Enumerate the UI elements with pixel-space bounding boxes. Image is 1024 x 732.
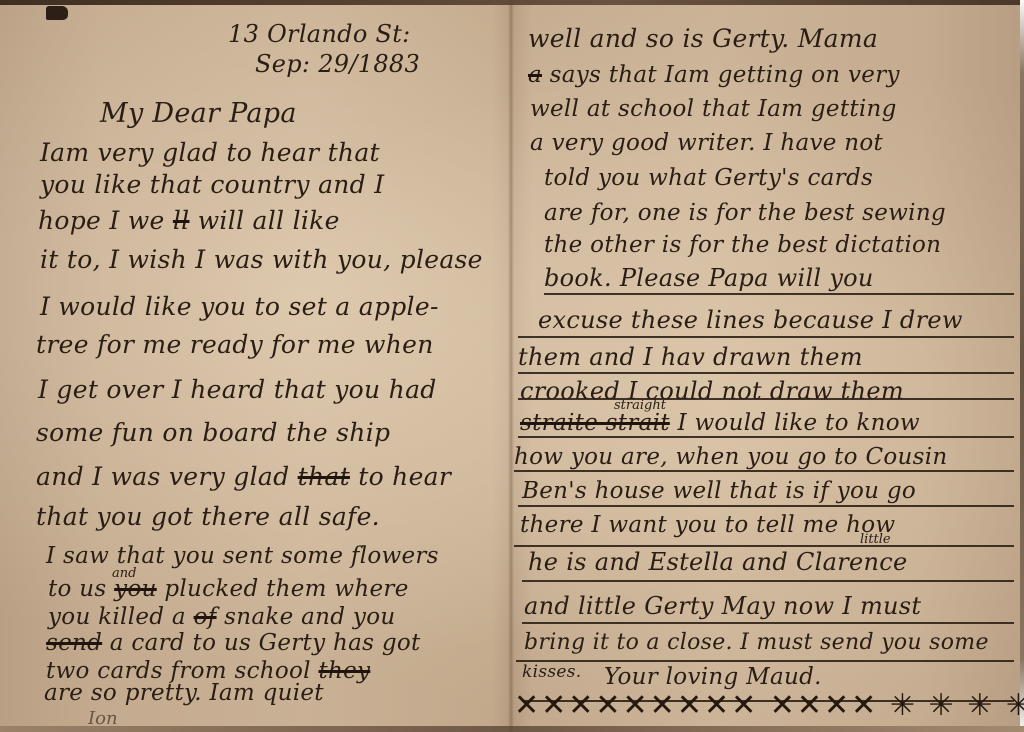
ruled-line xyxy=(514,545,1014,547)
letter-line: crooked I could not draw them xyxy=(520,377,904,405)
struck-word: you xyxy=(114,576,157,602)
struck-word: ll xyxy=(173,206,190,235)
letter-line: are for, one is for the best sewing xyxy=(544,200,946,226)
letter-line: it to, I wish I was with you, please xyxy=(40,245,483,274)
ruled-line xyxy=(518,336,1014,338)
line-text: to us xyxy=(48,576,107,602)
line-text: hope I we xyxy=(38,206,165,235)
struck-word: they xyxy=(318,658,370,684)
ruled-line xyxy=(518,398,1014,400)
ruled-line xyxy=(518,372,1014,374)
letter-line: Ben's house well that is if you go xyxy=(522,478,916,504)
line-text: he is and Estella and xyxy=(528,548,788,576)
line-text: will all like xyxy=(198,206,340,235)
letter-salutation: My Dear Papa xyxy=(100,98,297,129)
letter-line: you like that country and I xyxy=(40,170,384,199)
struck-word: send xyxy=(46,630,102,656)
letter-line: the other is for the best dictation xyxy=(544,232,941,258)
line-text: to us Gerty has got xyxy=(193,630,421,656)
letter-line: I saw that you sent some flowers xyxy=(46,543,439,569)
ruled-line xyxy=(522,622,1014,624)
left-page: 13 Orlando St: Sep: 29/1883 My Dear Papa… xyxy=(0,0,508,732)
letter-line: a very good writer. I have not xyxy=(530,130,883,156)
line-text: says that Iam getting on very xyxy=(550,62,900,88)
letter-line: are so pretty. Iam quiet xyxy=(44,680,324,706)
line-text: snake and you xyxy=(224,604,395,630)
line-text: to hear xyxy=(358,462,451,491)
letter-line: he is and Estella and Clarence xyxy=(528,548,908,576)
letter-line: to us you plucked them where xyxy=(48,576,409,602)
ruled-line xyxy=(514,470,1014,472)
struck-word: straite strait xyxy=(520,410,670,436)
line-text: plucked them where xyxy=(164,576,408,602)
letter-line: I get over I heard that you had xyxy=(38,375,437,404)
ruled-line xyxy=(522,580,1014,582)
letter-line: send a card to us Gerty has got xyxy=(46,630,421,656)
letter-line: straite strait I would like to know xyxy=(520,410,920,436)
letter-line: told you what Gerty's cards xyxy=(544,165,873,191)
letter-line: how you are, when you go to Cousin xyxy=(514,444,947,470)
line-text: a card xyxy=(110,630,185,656)
kisses-marks: ✕✕✕✕✕✕✕✕✕ ✕✕✕✕ ✳ ✳ ✳ ✳ ✳ ✳ xyxy=(514,688,1020,723)
letter-date: Sep: 29/1883 xyxy=(255,50,420,78)
ruled-line xyxy=(544,293,1014,295)
letter-line: and I was very glad that to hear xyxy=(36,462,451,491)
ruled-line xyxy=(518,436,1014,438)
paper-right-edge xyxy=(1020,0,1024,732)
letter-line: that you got there all safe. xyxy=(36,502,380,531)
letter-line: a says that Iam getting on very xyxy=(528,62,900,88)
letter-scan: 13 Orlando St: Sep: 29/1883 My Dear Papa… xyxy=(0,0,1024,732)
line-text: and I was very glad xyxy=(36,462,289,491)
letter-line: hope I we ll will all like xyxy=(38,206,340,235)
letter-address: 13 Orlando St: xyxy=(228,20,411,48)
ruled-line xyxy=(518,505,1014,507)
faint-mark: Ion xyxy=(88,708,118,729)
line-text: I would like to know xyxy=(677,410,919,436)
letter-line: book. Please Papa will you xyxy=(544,264,874,292)
letter-line: excuse these lines because I drew xyxy=(538,306,963,334)
letter-line: Iam very glad to hear that xyxy=(40,138,380,167)
letter-line: well at school that Iam getting xyxy=(530,96,897,122)
struck-word: a xyxy=(528,62,542,88)
letter-line: them and I hav drawn them xyxy=(518,343,863,371)
letter-line: well and so is Gerty. Mama xyxy=(528,24,878,53)
letter-line: kisses. xyxy=(522,662,581,682)
letter-signature: Your loving Maud. xyxy=(604,664,822,690)
letter-line: I would like you to set a apple- xyxy=(40,292,439,321)
letter-line: there I want you to tell me how xyxy=(520,512,895,538)
struck-word: of xyxy=(194,604,217,630)
letter-line: tree for me ready for me when xyxy=(36,330,434,359)
letter-line: you killed a of snake and you xyxy=(48,604,395,630)
letter-line: bring it to a close. I must send you som… xyxy=(524,630,989,655)
struck-word: that xyxy=(298,462,350,491)
right-page: well and so is Gerty. Mama a says that I… xyxy=(514,0,1020,732)
line-text: you killed a xyxy=(48,604,186,630)
ruled-line xyxy=(516,660,1014,662)
line-text: Clarence xyxy=(796,548,908,576)
inserted-word: little xyxy=(860,532,891,547)
letter-line: some fun on board the ship xyxy=(36,418,390,447)
letter-line: and little Gerty May now I must xyxy=(524,592,921,620)
